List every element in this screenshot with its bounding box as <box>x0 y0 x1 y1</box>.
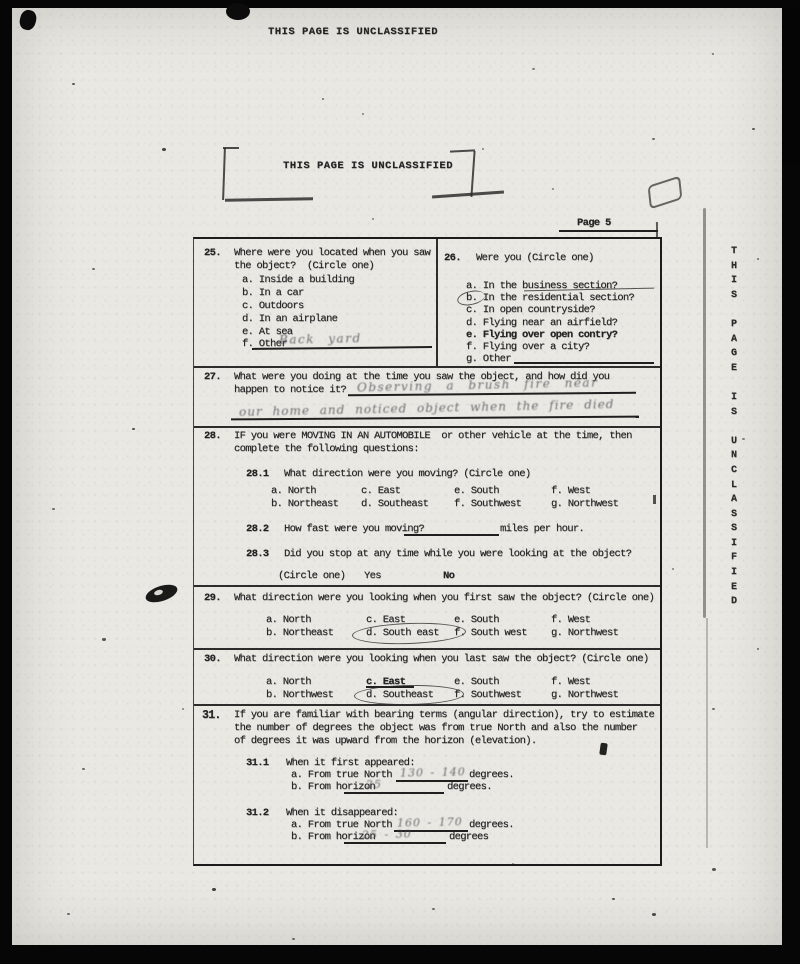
q31-prompt: If you are familiar with bearing terms (… <box>234 709 654 722</box>
q31-prompt: the number of degrees the object was fro… <box>234 722 637 735</box>
scan-speck <box>712 868 716 871</box>
q31-1a-handwritten-value: 130 - 140 <box>400 765 466 779</box>
scan-speck <box>652 138 655 140</box>
scan-speck <box>532 68 535 70</box>
page-number-underline <box>559 230 658 232</box>
direction-option: a. North <box>266 676 311 689</box>
q29-prompt: What direction were you looking when you… <box>234 592 654 605</box>
q26-prompt: Were you (Circle one) <box>476 252 594 265</box>
direction-option: f. Southwest <box>454 498 521 511</box>
stamp-bracket-left <box>222 148 226 200</box>
scan-speck <box>52 508 55 510</box>
q28-3-no: No <box>443 570 454 583</box>
direction-option: d. Southeast <box>361 498 428 511</box>
q31-2b-handwritten-value: 25 - 30 <box>362 827 412 841</box>
q28-2-number: 28.2 <box>246 523 268 536</box>
direction-option: f. Southwest <box>454 689 521 702</box>
scan-speck <box>672 568 674 570</box>
q28-1-prompt: What direction were you moving? (Circle … <box>284 468 530 481</box>
q28-prompt: complete the following questions: <box>234 443 419 456</box>
q25-option-c: c. Outdoors <box>242 300 304 313</box>
scan-speck <box>752 128 755 130</box>
scan-border-bottom <box>0 944 800 964</box>
unclassified-banner-stamp: THIS PAGE IS UNCLASSIFIED <box>283 160 453 173</box>
stamp-bracket-left-top <box>223 147 239 149</box>
q25-option-b: b. In a car <box>242 287 304 300</box>
scan-speck <box>322 98 324 100</box>
row-divider <box>194 585 660 587</box>
direction-option: g. Northwest <box>551 627 618 640</box>
q29-number: 29. <box>204 592 221 605</box>
q28-2-suffix: miles per hour. <box>500 523 584 536</box>
scan-speck <box>82 768 85 770</box>
scan-artifact-diamond <box>648 176 683 210</box>
scan-border-right <box>781 165 800 964</box>
q31-1b-blank-line <box>344 792 444 794</box>
q25-prompt: Where were you located when you saw <box>234 247 430 260</box>
scan-speck <box>432 908 435 910</box>
direction-option: a. North <box>266 614 311 627</box>
page-edge-shadow <box>706 618 708 848</box>
q25-handwritten-answer: Back yard <box>279 331 362 347</box>
direction-option: f. West <box>551 614 590 627</box>
q30-answer-circle <box>354 684 464 706</box>
scan-speck <box>712 53 714 55</box>
q28-3-yes: Yes <box>364 570 381 583</box>
page-corner-tick <box>656 222 658 238</box>
q31-2b-blank-line <box>344 842 446 844</box>
q28-number: 28. <box>204 430 221 443</box>
q25-option-d: d. In an airplane <box>242 313 337 326</box>
form-table: 25. Where were you located when you saw … <box>193 237 662 866</box>
scan-speck <box>362 113 364 115</box>
scan-speck <box>652 913 656 916</box>
direction-option: e. South <box>454 614 499 627</box>
scan-artifact <box>18 8 38 31</box>
q28-3-circle-one: (Circle one) <box>278 570 345 583</box>
q31-1b-handwritten-value: 25 <box>366 778 382 791</box>
row-divider <box>194 648 660 650</box>
q31-2-number: 31.2 <box>246 807 268 820</box>
scan-speck <box>92 268 95 270</box>
stamp-bracket-right-top <box>450 149 475 152</box>
q28-3-number: 28.3 <box>246 548 268 561</box>
q31-prompt: of degrees it was upward from the horizo… <box>234 735 536 748</box>
direction-option: a. North <box>271 485 316 498</box>
q26-option-c: c. In open countryside? <box>466 304 595 317</box>
column-divider <box>436 239 438 366</box>
row-divider <box>194 366 660 368</box>
q26-option-g-other: g. Other <box>466 353 511 366</box>
q30-prompt: What direction were you looking when you… <box>234 653 648 666</box>
side-unclassified-text: T H I S P A G E I S U N C L A S S I F I … <box>731 245 737 610</box>
scan-speck <box>742 438 745 440</box>
direction-option: b. Northeast <box>271 498 338 511</box>
direction-option: e. South <box>454 485 499 498</box>
scan-speck <box>72 83 75 85</box>
page-edge-shadow <box>703 208 706 618</box>
q28-3-prompt: Did you stop at any time while you were … <box>284 548 631 561</box>
q31-number: 31. <box>202 709 221 722</box>
scan-speck <box>712 708 715 710</box>
stamp-bracket-right-bottom <box>432 190 504 198</box>
q25-option-a: a. Inside a building <box>242 274 354 287</box>
scan-speck <box>612 898 615 900</box>
scan-speck <box>212 888 216 891</box>
scan-artifact <box>226 3 250 20</box>
direction-option: g. Northwest <box>551 498 618 511</box>
paper: THIS PAGE IS UNCLASSIFIED THIS PAGE IS U… <box>12 8 782 945</box>
q31-1-number: 31.1 <box>246 757 268 770</box>
direction-option: g. Northwest <box>551 689 618 702</box>
q25-number: 25. <box>204 247 221 260</box>
scan-speck <box>512 863 514 865</box>
unclassified-banner-top: THIS PAGE IS UNCLASSIFIED <box>268 26 438 39</box>
scan-speck <box>132 428 135 430</box>
direction-option: b. Northwest <box>266 689 333 702</box>
scanned-page: THIS PAGE IS UNCLASSIFIED THIS PAGE IS U… <box>0 0 800 964</box>
q26-number: 26. <box>444 252 461 265</box>
q28-1-number: 28.1 <box>246 468 268 481</box>
q25-prompt: the object? (Circle one) <box>234 260 374 273</box>
row-divider <box>194 704 660 706</box>
direction-option: e. South <box>454 676 499 689</box>
scan-speck <box>182 708 184 710</box>
scan-speck <box>292 938 295 940</box>
scan-speck <box>482 148 484 150</box>
q31-1b-degrees: degrees. <box>447 781 492 794</box>
scan-speck <box>162 148 166 151</box>
direction-option: b. Northeast <box>266 627 333 640</box>
q28-prompt: IF you were MOVING IN AN AUTOMOBILE or o… <box>234 430 632 443</box>
direction-option: f. West <box>551 676 590 689</box>
scan-speck <box>757 258 759 260</box>
scan-speck <box>552 188 554 190</box>
q27-number: 27. <box>204 371 221 384</box>
scan-speck <box>757 648 759 650</box>
row-divider <box>194 426 660 428</box>
q30-number: 30. <box>204 653 221 666</box>
q26-other-line <box>514 362 654 364</box>
q28-2-blank-line <box>404 534 499 536</box>
stamp-bracket-left-bottom <box>225 197 313 201</box>
q27-prompt: happen to notice it? <box>234 384 346 397</box>
stamp-bracket-right <box>470 151 475 197</box>
direction-option: f. West <box>551 485 590 498</box>
q31-2b-degrees: degrees <box>449 831 488 844</box>
direction-option: c. East <box>361 485 400 498</box>
scan-speck <box>67 913 70 915</box>
scan-speck <box>102 638 106 641</box>
scan-speck <box>372 218 374 220</box>
scan-artifact-tick <box>653 495 656 504</box>
page-number: Page 5 <box>577 217 611 230</box>
